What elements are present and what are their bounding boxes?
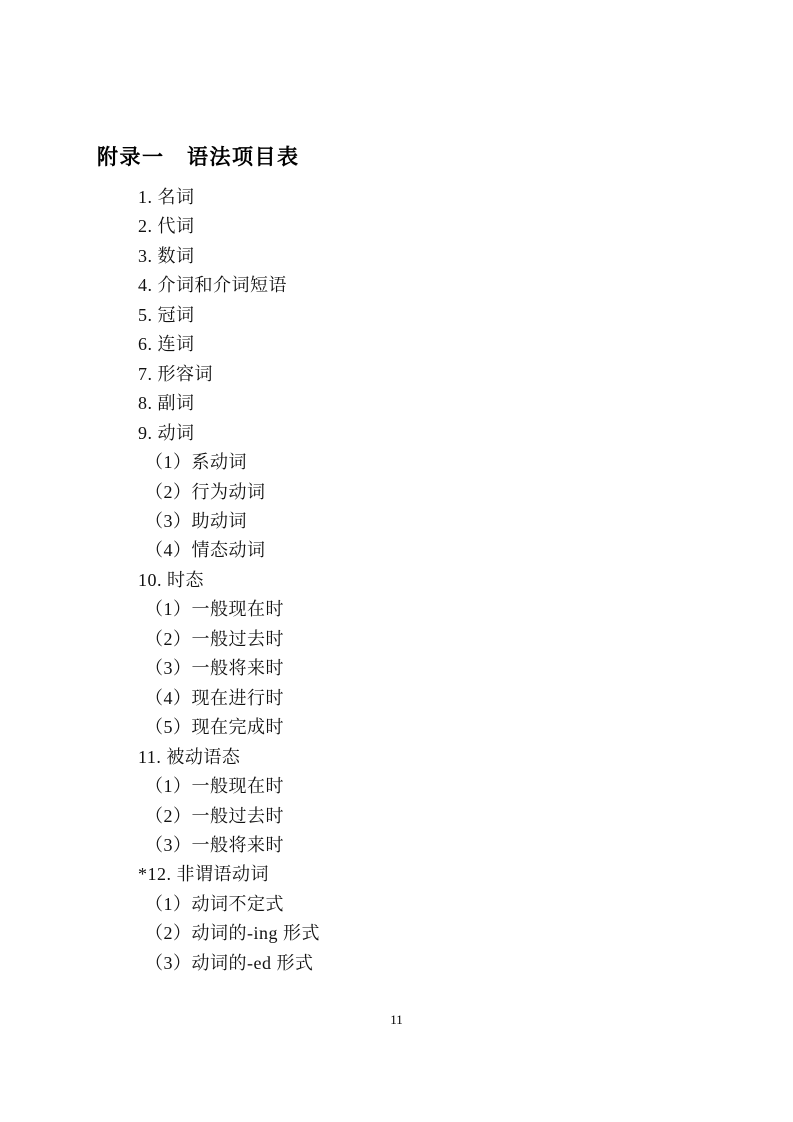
page-number: 11 [0,1012,793,1028]
list-item: （2）一般过去时 [0,802,793,831]
list-item: （3）一般将来时 [0,831,793,860]
list-item: （3）助动词 [0,507,793,536]
list-item: 6. 连词 [0,330,793,359]
list-item: *12. 非谓语动词 [0,860,793,889]
list-item: （5）现在完成时 [0,713,793,742]
list-item: 1. 名词 [0,183,793,212]
list-item: （2）动词的-ing 形式 [0,919,793,948]
list-item: （2）行为动词 [0,478,793,507]
list-item: （3）动词的-ed 形式 [0,949,793,978]
list-item: 5. 冠词 [0,301,793,330]
list-item: （4）现在进行时 [0,684,793,713]
list-item: （1）系动词 [0,448,793,477]
list-item: （3）一般将来时 [0,654,793,683]
list-item: （4）情态动词 [0,536,793,565]
list-item: （1）一般现在时 [0,595,793,624]
list-item: 9. 动词 [0,419,793,448]
list-item: 11. 被动语态 [0,743,793,772]
list-item: 4. 介词和介词短语 [0,271,793,300]
list-item: （1）一般现在时 [0,772,793,801]
page-title: 附录一 语法项目表 [97,141,300,171]
list-item: 2. 代词 [0,212,793,241]
list-item: 7. 形容词 [0,360,793,389]
list-item: （1）动词不定式 [0,890,793,919]
list-item: （2）一般过去时 [0,625,793,654]
list-item: 10. 时态 [0,566,793,595]
document-page: 附录一 语法项目表 1. 名词2. 代词3. 数词4. 介词和介词短语5. 冠词… [0,0,793,1122]
list-item: 8. 副词 [0,389,793,418]
grammar-items-list: 1. 名词2. 代词3. 数词4. 介词和介词短语5. 冠词6. 连词7. 形容… [0,183,793,978]
list-item: 3. 数词 [0,242,793,271]
